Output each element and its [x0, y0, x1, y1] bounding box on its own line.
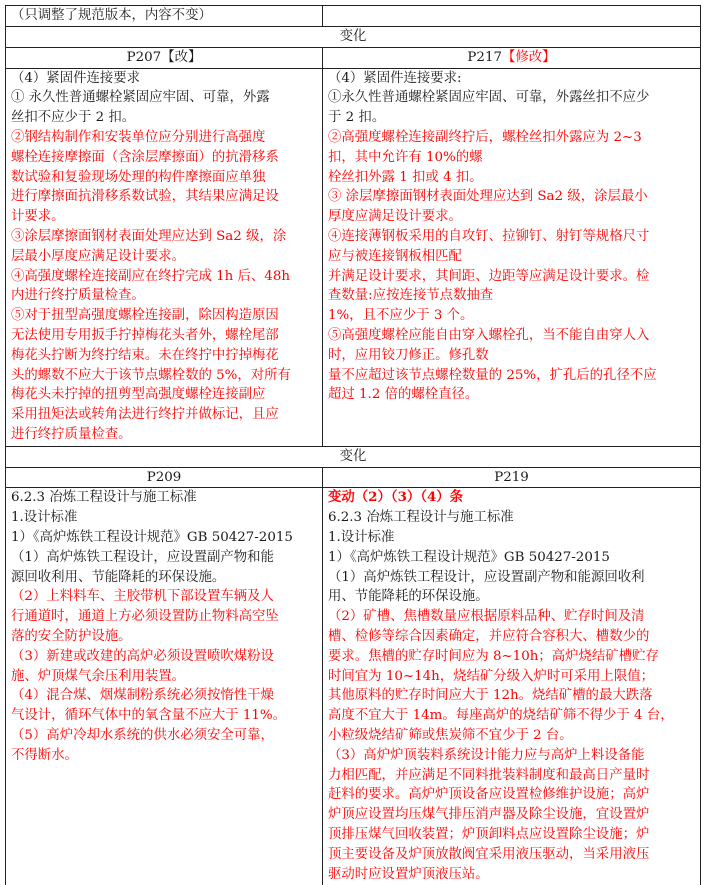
text-line: 赶料的要求。高炉炉顶设备应设置检修维护设施；高炉	[328, 785, 695, 805]
text-line: ②钢结构制作和安装单位应分别进行高强度	[11, 128, 317, 148]
text-line: ③ 涂层摩擦面钢材表面处理应达到 Sa2 级，涂层最小	[328, 187, 695, 207]
text-line: （4）紧固件连接要求	[11, 69, 317, 89]
text-line: 顶主要设备及炉顶放散阀宜采用液压驱动，当采用液压	[328, 845, 695, 865]
text-line: 梅花头拧断为终拧结束。未在终拧中拧掉梅花	[11, 346, 317, 366]
text-line: 并满足设计要求，其间距、边距等应满足设计要求。检	[328, 267, 695, 287]
text-line: 数试验和复验现场处理的构件摩擦面应单独	[11, 168, 317, 188]
text-line: 厚度应满足设计要求。	[328, 207, 695, 227]
section-title: 变化	[6, 26, 701, 47]
text-line: 小粒级烧结矿筛或焦炭筛不宜少于 2 台。	[328, 726, 695, 746]
text-line: 其他原料的贮存时间应大于 12h。烧结矿槽的最大跌落	[328, 686, 695, 706]
text-line: 槽、检修等综合因素确定，并应符合容积大、槽数少的	[328, 627, 695, 647]
text-line: 1.设计标准	[328, 528, 695, 548]
text-line: 进行终拧质量检查。	[11, 425, 317, 445]
text-line: 量不应超过该节点螺栓数量的 25%，扩孔后的孔径不应	[328, 366, 695, 386]
text-line: （4）混合煤、烟煤制粉系统必须按惰性干燥	[11, 686, 317, 706]
note-left-cell: （只调整了规范版本，内容不变）	[6, 6, 323, 27]
comparison-table: （只调整了规范版本，内容不变） 变化 P207【改】 P217【修改】 （4）紧…	[5, 5, 701, 885]
text-line: 头的螺数不应大于该节点螺栓数的 5%，对所有	[11, 366, 317, 386]
text-line: 时，应用铰刀修正。修孔数	[328, 346, 695, 366]
new-page-number: P219	[494, 470, 529, 485]
text-line: 超过 1.2 倍的螺栓直径。	[328, 385, 695, 405]
text-line: 梅花头未拧掉的扭剪型高强度螺栓连接副应	[11, 385, 317, 405]
text-line: 气设计，循环气体中的氧含量不应大于 11%。	[11, 706, 317, 726]
text-line: 变动（2）（3）（4）条	[328, 488, 695, 508]
new-page-number: P217	[467, 50, 502, 65]
section-body-row: 6.2.3 冶炼工程设计与施工标准1.设计标准1）《高炉炼铁工程设计规范》GB …	[6, 488, 701, 885]
text-line: 扣，其中允许有 10%的螺	[328, 148, 695, 168]
text-line: 落的安全防护设施。	[11, 627, 317, 647]
text-line: 时间宜为 10~14h，烧结矿分级入炉时可采用上限值；	[328, 667, 695, 687]
text-line: 6.2.3 冶炼工程设计与施工标准	[328, 508, 695, 528]
text-line: （1）高炉炼铁工程设计，应设置副产物和能	[11, 548, 317, 568]
new-page-tag: 【修改】	[502, 50, 556, 65]
text-line: 计要求。	[11, 207, 317, 227]
new-content-cell: 变动（2）（3）（4）条6.2.3 冶炼工程设计与施工标准1.设计标准1）《高炉…	[323, 488, 701, 885]
text-line: 炉顶应设置均压煤气排压消声器及除尘设施，宜设置炉	[328, 805, 695, 825]
new-content-cell: （4）紧固件连接要求:①永久性普通螺栓紧固应牢固、可靠，外露丝扣不应少于 2 扣…	[323, 68, 701, 446]
text-line: ④连接薄钢板采用的自攻钉、拉铆钉、射钉等规格尺寸	[328, 227, 695, 247]
old-content-cell: （4）紧固件连接要求① 永久性普通螺栓紧固应牢固、可靠，外露丝扣不应少于 2 扣…	[6, 68, 323, 446]
text-line: 查数量:应按连接节点数抽查	[328, 286, 695, 306]
text-line: 要求。焦槽的贮存时间应为 8~10h；高炉烧结矿槽贮存	[328, 647, 695, 667]
text-line: （5）高炉冷却水系统的供水必须安全可靠，	[11, 726, 317, 746]
old-page-header: P207【改】	[6, 47, 323, 68]
note-row: （只调整了规范版本，内容不变）	[6, 6, 701, 27]
section-title-row: 变化	[6, 446, 701, 467]
text-line: （1）高炉炼铁工程设计，应设置副产物和能源回收利	[328, 568, 695, 588]
text-line: ⑤高强度螺栓应能自由穿入螺栓孔，当不能自由穿人入	[328, 326, 695, 346]
old-page-tag: 【改】	[161, 50, 201, 65]
text-line: ④高强度螺栓连接副应在终拧完成 1h 后、48h	[11, 267, 317, 287]
text-line: 栓丝扣外露 1 扣或 4 扣。	[328, 168, 695, 188]
section-header-row: P207【改】 P217【修改】	[6, 47, 701, 68]
new-page-header: P219	[323, 467, 701, 488]
text-line: 于 2 扣。	[328, 108, 695, 128]
text-line: ①永久性普通螺栓紧固应牢固、可靠，外露丝扣不应少	[328, 88, 695, 108]
text-line: （3）高炉炉顶装料系统设计能力应与高炉上料设备能	[328, 746, 695, 766]
text-line: 1%，且不应少于 3 个。	[328, 306, 695, 326]
text-line: 顶排压煤气回收装置；炉顶卸料点应设置除尘设施；炉	[328, 825, 695, 845]
text-line: 1）《高炉炼铁工程设计规范》GB 50427-2015	[11, 528, 317, 548]
text-line: 不得断水。	[11, 746, 317, 766]
text-line: （2）上料料车、主胶带机下部设置车辆及人	[11, 587, 317, 607]
text-line: 内进行终拧质量检查。	[11, 286, 317, 306]
text-line: （3）新建或改建的高炉必须设置喷吹煤粉设	[11, 647, 317, 667]
section-body-row: （4）紧固件连接要求① 永久性普通螺栓紧固应牢固、可靠，外露丝扣不应少于 2 扣…	[6, 68, 701, 446]
old-page-number: P209	[147, 470, 182, 485]
text-line: 驱动时应设置炉顶液压站。	[328, 865, 695, 885]
text-line: 施、炉顶煤气余压利用装置。	[11, 667, 317, 687]
text-line: ②高强度螺栓连接副终拧后，螺栓丝扣外露应为 2~3	[328, 128, 695, 148]
text-line: （2）矿槽、焦槽数量应根据原料品种、贮存时间及清	[328, 607, 695, 627]
text-line: 行通道时，通道上方必须设置防止物料高空坠	[11, 607, 317, 627]
section-title-row: 变化	[6, 26, 701, 47]
text-line: 力相匹配，并应满足不同料批装料制度和最高日产量时	[328, 766, 695, 786]
text-line: 进行摩擦面抗滑移系数试验，其结果应满足设	[11, 187, 317, 207]
section-title: 变化	[6, 446, 701, 467]
note-right-cell	[323, 6, 701, 27]
text-line: 无法使用专用扳手拧掉梅花头者外，螺栓尾部	[11, 326, 317, 346]
text-line: 源回收利用、节能降耗的环保设施。	[11, 568, 317, 588]
text-line: 6.2.3 冶炼工程设计与施工标准	[11, 488, 317, 508]
text-line: 高度不宜大于 14m。每座高炉的烧结矿筛不得少于 4 台，	[328, 706, 695, 726]
text-line: 1.设计标准	[11, 508, 317, 528]
old-page-header: P209	[6, 467, 323, 488]
section-header-row: P209 P219	[6, 467, 701, 488]
text-line: ⑤对于扭型高强度螺栓连接副，除因构造原因	[11, 306, 317, 326]
text-line: 层最小厚度应满足设计要求。	[11, 247, 317, 267]
text-line: ① 永久性普通螺栓紧固应牢固、可靠，外露	[11, 88, 317, 108]
text-line: 采用扭矩法或转角法进行终拧并做标记，且应	[11, 405, 317, 425]
text-line: ③涂层摩擦面钢材表面处理应达到 Sa2 级，涂	[11, 227, 317, 247]
text-line: （4）紧固件连接要求:	[328, 69, 695, 89]
new-page-header: P217【修改】	[323, 47, 701, 68]
text-line: 1）《高炉炼铁工程设计规范》GB 50427-2015	[328, 548, 695, 568]
text-line: 用、节能降耗的环保设施。	[328, 587, 695, 607]
old-page-number: P207	[127, 50, 162, 65]
old-content-cell: 6.2.3 冶炼工程设计与施工标准1.设计标准1）《高炉炼铁工程设计规范》GB …	[6, 488, 323, 885]
text-line: 丝扣不应少于 2 扣。	[11, 108, 317, 128]
text-line: 螺栓连接摩擦面（含涂层摩擦面）的抗滑移系	[11, 148, 317, 168]
text-line: 应与被连接钢板相匹配	[328, 247, 695, 267]
